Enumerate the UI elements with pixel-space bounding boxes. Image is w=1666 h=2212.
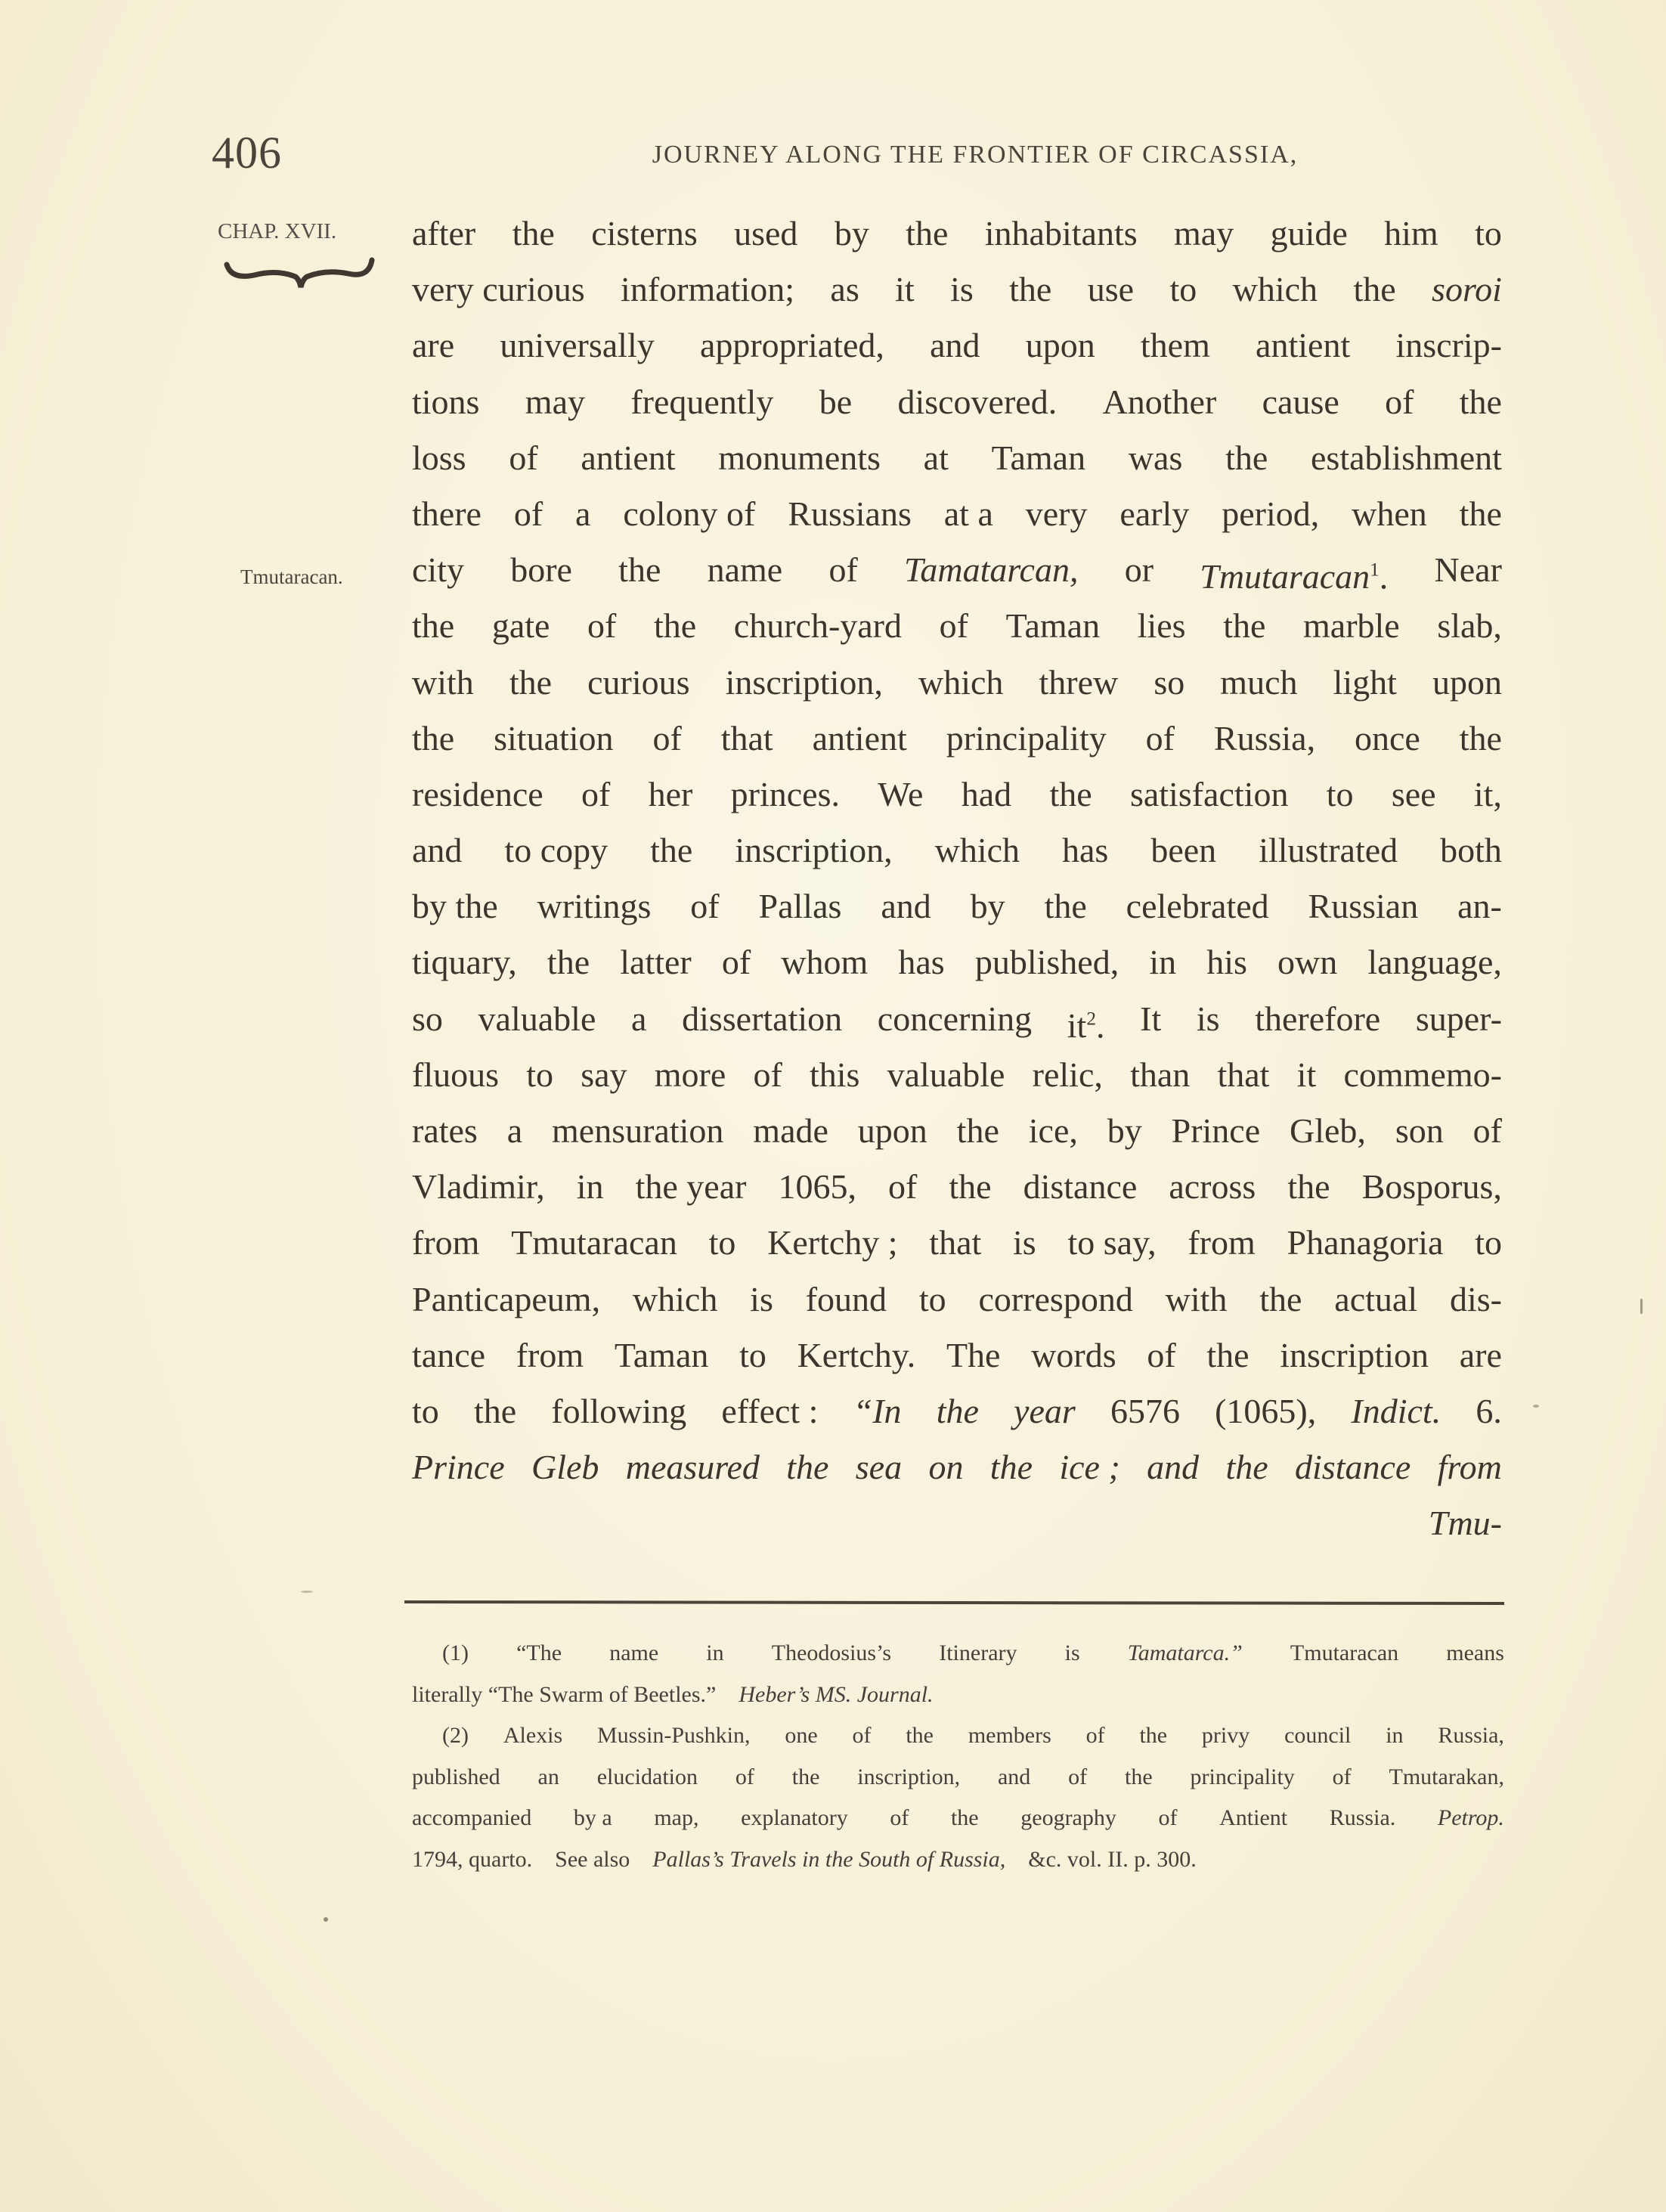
word: Vladimir, <box>412 1159 545 1215</box>
word: curious <box>587 655 689 711</box>
footnote-line: publishedanelucidationoftheinscription,a… <box>412 1757 1504 1798</box>
word: which <box>633 1272 717 1328</box>
paper-speck <box>324 1917 328 1922</box>
text-line: thereofacolony ofRussiansat averyearlype… <box>412 486 1502 542</box>
paper-speck <box>301 1591 313 1593</box>
word: Petrop. <box>1438 1798 1504 1839</box>
word: Heber’s MS. Journal. <box>739 1674 933 1716</box>
text-line: tiquary,thelatterofwhomhaspublished,inhi… <box>412 934 1502 990</box>
text-line: Vladimir,inthe year1065,ofthedistanceacr… <box>412 1159 1502 1215</box>
word: Alexis <box>503 1715 562 1757</box>
word: own <box>1277 934 1337 990</box>
word: celebrated <box>1126 878 1269 934</box>
word: be <box>819 374 852 430</box>
word: the <box>1225 1439 1268 1495</box>
word: Bosporus, <box>1362 1159 1502 1215</box>
word: upon <box>1432 655 1502 711</box>
word: princes. <box>731 767 840 823</box>
word: Kertchy ; <box>767 1215 897 1271</box>
word: and <box>998 1757 1030 1798</box>
word: church-yard <box>734 598 902 654</box>
word: use <box>1088 262 1134 318</box>
word: at a <box>944 486 993 542</box>
word: and <box>1147 1439 1199 1495</box>
word: therefore <box>1255 991 1380 1047</box>
word: the <box>906 206 948 262</box>
word: super- <box>1416 991 1502 1047</box>
word: dis- <box>1450 1272 1502 1328</box>
footnote-line: (1)“ThenameinTheodosius’sItineraryisTama… <box>412 1633 1504 1674</box>
word: name <box>609 1633 658 1674</box>
word: of <box>587 598 616 654</box>
word: is <box>1065 1633 1080 1674</box>
text-line: tothefollowingeffect :“Intheyear6576(106… <box>412 1383 1502 1439</box>
word: Itinerary <box>939 1633 1017 1674</box>
word: by <box>1107 1103 1142 1159</box>
word: 6576 <box>1110 1383 1180 1439</box>
word: 1794, quarto. <box>412 1839 532 1881</box>
word: of <box>735 1757 754 1798</box>
word: in <box>1149 934 1176 990</box>
word: &c. vol. II. p. 300. <box>1028 1839 1196 1881</box>
word: is <box>950 262 974 318</box>
word: cause <box>1262 374 1339 430</box>
word: say <box>581 1047 627 1103</box>
word: satisfaction <box>1130 767 1289 823</box>
word: Gleb, <box>1290 1103 1366 1159</box>
word: the <box>618 542 661 598</box>
word: once <box>1355 711 1420 767</box>
word: universally <box>500 318 654 373</box>
text-line: very curiousinformation;asitistheusetowh… <box>412 262 1502 318</box>
word: discovered. <box>897 374 1057 430</box>
word: is <box>1197 991 1220 1047</box>
word: that <box>721 711 773 767</box>
word: when <box>1352 486 1427 542</box>
word: has <box>898 934 944 990</box>
word: ice ; <box>1059 1439 1119 1495</box>
word: so <box>412 991 443 1047</box>
word: Taman <box>615 1328 709 1383</box>
word: Russia, <box>1438 1715 1504 1757</box>
word: appropriated, <box>700 318 884 373</box>
word: of <box>514 486 543 542</box>
word: was <box>1129 430 1183 486</box>
word: published, <box>975 934 1119 990</box>
word: found <box>806 1272 887 1328</box>
word: Indict. <box>1351 1383 1441 1439</box>
word: writings <box>537 878 652 934</box>
word: correspond <box>978 1272 1132 1328</box>
word: marble <box>1303 598 1400 654</box>
word: a <box>507 1103 522 1159</box>
word: across <box>1169 1159 1256 1215</box>
word: year <box>1014 1383 1076 1439</box>
word: map, <box>654 1798 698 1839</box>
word: fluous <box>412 1047 499 1103</box>
word: of <box>1146 711 1175 767</box>
text-line: thesituationofthatantientprincipalityofR… <box>412 711 1502 767</box>
word: the <box>1287 1159 1330 1215</box>
word: antient <box>1256 318 1350 373</box>
word: means <box>1446 1633 1504 1674</box>
word: to <box>919 1272 946 1328</box>
word: effect : <box>721 1383 818 1439</box>
word: inscription <box>1280 1328 1429 1383</box>
margin-note: Tmutaracan. <box>240 565 343 589</box>
word: had <box>962 767 1011 823</box>
text-line: by thewritingsofPallasandbythecelebrated… <box>412 878 1502 934</box>
word: Phanagoria <box>1287 1215 1444 1271</box>
word: to <box>1475 1215 1502 1271</box>
word: inscription, <box>726 655 883 711</box>
word: of <box>1147 1328 1175 1383</box>
word: is <box>750 1272 773 1328</box>
word: cisterns <box>591 206 698 262</box>
word: are <box>412 318 454 373</box>
word: the <box>1460 711 1502 767</box>
ornament-brace-icon <box>224 257 375 289</box>
word: Tamatarca.” <box>1128 1633 1243 1674</box>
word: of <box>1086 1715 1105 1757</box>
word: more <box>655 1047 726 1103</box>
word: threw <box>1039 655 1118 711</box>
word: with <box>1166 1272 1228 1328</box>
word: in <box>706 1633 723 1674</box>
word: an- <box>1457 878 1502 934</box>
text-line: andto copytheinscription,whichhasbeenill… <box>412 823 1502 878</box>
word: to say, <box>1067 1215 1156 1271</box>
word: (2) <box>442 1715 469 1757</box>
word: this <box>810 1047 859 1103</box>
word: the <box>1460 374 1502 430</box>
text-line: tionsmayfrequentlybediscovered.Anotherca… <box>412 374 1502 430</box>
word: published <box>412 1757 500 1798</box>
word: frequently <box>630 374 773 430</box>
word: 1065, <box>778 1159 856 1215</box>
word: the <box>412 598 454 654</box>
word: explanatory <box>741 1798 848 1839</box>
word: the <box>1223 598 1265 654</box>
word: following <box>551 1383 686 1439</box>
word: distance <box>1023 1159 1138 1215</box>
word: the <box>937 1383 979 1439</box>
word: actual <box>1334 1272 1417 1328</box>
word: literally “The Swarm of Beetles.” <box>412 1674 716 1716</box>
word: the <box>547 934 590 990</box>
word: at <box>924 430 949 486</box>
word: of <box>690 878 719 934</box>
body-text: afterthecisternsusedbytheinhabitantsmayg… <box>412 206 1502 1552</box>
word: name <box>708 542 783 598</box>
word: very curious <box>412 262 585 318</box>
word: it <box>895 262 915 318</box>
word: upon <box>1026 318 1095 373</box>
text-line: thegateofthechurch-yardofTamanliesthemar… <box>412 598 1502 654</box>
word: the <box>1009 262 1051 318</box>
word: the <box>1353 262 1395 318</box>
word: the <box>509 655 552 711</box>
word: lies <box>1138 598 1186 654</box>
word: the <box>951 1798 979 1839</box>
word: antient <box>581 430 675 486</box>
word: loss <box>412 430 466 486</box>
paper-speck <box>1533 1405 1539 1408</box>
word: slab, <box>1437 598 1502 654</box>
word: by a <box>574 1798 612 1839</box>
word: the <box>957 1103 999 1159</box>
word: it <box>1297 1047 1317 1103</box>
text-line: fromTmutaracantoKertchy ;thatisto say,fr… <box>412 1215 1502 1271</box>
word: it2 <box>1067 1006 1096 1045</box>
word: gate <box>492 598 550 654</box>
text-line: ratesamensurationmadeupontheice,byPrince… <box>412 1103 1502 1159</box>
word: measured <box>626 1439 760 1495</box>
word: principality <box>1191 1757 1295 1798</box>
word: ice, <box>1029 1103 1078 1159</box>
word: inscription, <box>857 1757 960 1798</box>
word: Another <box>1103 374 1217 430</box>
word: dissertation <box>682 991 842 1047</box>
word: (1) <box>442 1633 469 1674</box>
word: has <box>1062 823 1108 878</box>
word: of <box>1385 374 1414 430</box>
word: Antient <box>1219 1798 1287 1839</box>
word: privy <box>1202 1715 1249 1757</box>
word: commemo- <box>1343 1047 1502 1103</box>
word: from <box>516 1328 584 1383</box>
word: the <box>949 1159 991 1215</box>
word: the <box>474 1383 516 1439</box>
word: geography <box>1020 1798 1116 1839</box>
word: Russia, <box>1214 711 1315 767</box>
word: which <box>1233 262 1318 318</box>
word: Tmutaracan <box>511 1215 677 1271</box>
word: valuable <box>887 1047 1005 1103</box>
text-line: lossofantientmonumentsatTamanwastheestab… <box>412 430 1502 486</box>
word: relic, <box>1033 1047 1103 1103</box>
text-line: withthecuriousinscription,whichthrewsomu… <box>412 655 1502 711</box>
word: may <box>1174 206 1234 262</box>
word: the <box>512 206 555 262</box>
word: distance <box>1295 1439 1411 1495</box>
word: to <box>739 1328 766 1383</box>
word: latter <box>620 934 692 990</box>
word: See also <box>555 1839 630 1881</box>
word: the <box>990 1439 1033 1495</box>
word: of <box>853 1715 872 1757</box>
word: and <box>930 318 980 373</box>
word: it, <box>1474 767 1502 823</box>
word: bore <box>510 542 572 598</box>
word: Theodosius’s <box>772 1633 891 1674</box>
word: the <box>1125 1757 1153 1798</box>
word: the <box>1259 1272 1302 1328</box>
text-line: residenceofherprinces.Wehadthesatisfacti… <box>412 767 1502 823</box>
word: of <box>828 542 857 598</box>
word: the <box>412 711 454 767</box>
word: Tmutaracan <box>1290 1633 1398 1674</box>
chapter-label: CHAP. XVII. <box>218 219 336 244</box>
word: the <box>1225 430 1268 486</box>
footnote-ref[interactable]: 1 <box>1370 559 1380 581</box>
word: It <box>1140 991 1161 1047</box>
text-line: PrinceGlebmeasuredtheseaontheice ;andthe… <box>412 1439 1502 1495</box>
word: Tamatarcan, <box>904 542 1078 598</box>
footnote-line: 1794, quarto.See alsoPallas’s Travels in… <box>412 1839 1504 1881</box>
word: words <box>1031 1328 1116 1383</box>
word: elucidation <box>597 1757 698 1798</box>
word: tiquary, <box>412 934 517 990</box>
footnote-line: accompaniedby amap,explanatoryofthegeogr… <box>412 1798 1504 1839</box>
word: situation <box>494 711 613 767</box>
word: whom <box>781 934 868 990</box>
word: Taman <box>1006 598 1101 654</box>
word: of <box>509 430 537 486</box>
word: of <box>890 1798 909 1839</box>
word: and <box>412 823 462 878</box>
word: from <box>412 1215 479 1271</box>
word: both <box>1440 823 1502 878</box>
word: “In <box>853 1383 902 1439</box>
word: valuable <box>478 991 596 1047</box>
word: inhabitants <box>985 206 1138 262</box>
footnote-rule <box>404 1600 1504 1605</box>
word: the <box>654 598 696 654</box>
word: than <box>1130 1047 1190 1103</box>
word: Mussin-Pushkin, <box>597 1715 751 1757</box>
word: a <box>575 486 590 542</box>
word: antient <box>813 711 907 767</box>
text-line: fluoustosaymoreofthisvaluablerelic,thant… <box>412 1047 1502 1103</box>
word: the <box>792 1757 820 1798</box>
word: guide <box>1271 206 1348 262</box>
text-line: areuniversallyappropriated,andupontheman… <box>412 318 1502 373</box>
word: Gleb <box>531 1439 599 1495</box>
word: the <box>906 1715 934 1757</box>
word: Kertchy. <box>797 1328 916 1383</box>
word: period, <box>1222 486 1319 542</box>
word: to <box>1475 206 1502 262</box>
footnote-ref[interactable]: 2 <box>1086 1008 1096 1030</box>
word: or <box>1125 542 1154 598</box>
word: is <box>1013 1215 1036 1271</box>
text-line: Panticapeum,whichisfoundtocorrespondwith… <box>412 1272 1502 1328</box>
running-head: JOURNEY ALONG THE FRONTIER OF CIRCASSIA, <box>529 141 1421 169</box>
word: tions <box>412 374 479 430</box>
word: on <box>928 1439 963 1495</box>
word: so <box>1154 655 1184 711</box>
word: The <box>946 1328 1001 1383</box>
word: by the <box>412 878 498 934</box>
footnote-line: (2)AlexisMussin-Pushkin,oneofthememberso… <box>412 1715 1504 1757</box>
word: to <box>1169 262 1197 318</box>
word: very <box>1026 486 1088 542</box>
catchword: Tmu- <box>412 1495 1502 1551</box>
footnotes: (1)“ThenameinTheodosius’sItineraryisTama… <box>412 1633 1504 1880</box>
word: the <box>650 823 692 878</box>
word: tance <box>412 1328 485 1383</box>
word: Prince <box>1172 1103 1261 1159</box>
word: are <box>1460 1328 1502 1383</box>
word: establishment <box>1311 430 1502 486</box>
word: in <box>1386 1715 1403 1757</box>
word: accompanied <box>412 1798 531 1839</box>
word: and <box>881 878 931 934</box>
word: of <box>753 1047 782 1103</box>
word: him <box>1384 206 1438 262</box>
word: by <box>971 878 1005 934</box>
word: it2. <box>1067 991 1105 1047</box>
word: see <box>1392 767 1436 823</box>
word: “The <box>516 1633 562 1674</box>
word: members <box>968 1715 1051 1757</box>
word: much <box>1220 655 1297 711</box>
word: light <box>1333 655 1397 711</box>
word: Taman <box>992 430 1086 486</box>
word: the <box>1460 486 1502 542</box>
word: rates <box>412 1103 478 1159</box>
word: the year <box>636 1159 747 1215</box>
paper-speck <box>1640 1299 1643 1314</box>
text-line: cityborethenameofTamatarcan,orTmutaracan… <box>412 542 1502 598</box>
word: Pallas’s Travels in the South of Russia, <box>652 1839 1005 1881</box>
word: principality <box>946 711 1107 767</box>
word: early <box>1119 486 1189 542</box>
word: information; <box>621 262 794 318</box>
word: city <box>412 542 464 598</box>
word: may <box>525 374 585 430</box>
word: his <box>1206 934 1247 990</box>
word: 6. <box>1476 1383 1502 1439</box>
word: Russian <box>1308 878 1419 934</box>
word: an <box>538 1757 559 1798</box>
word: them <box>1141 318 1210 373</box>
word: been <box>1150 823 1216 878</box>
word: council <box>1284 1715 1351 1757</box>
word: Tmutaracan1. <box>1200 542 1388 598</box>
text-line: tancefromTamantoKertchy.Thewordsoftheins… <box>412 1328 1502 1383</box>
word: of <box>1473 1103 1502 1159</box>
word: concerning <box>878 991 1032 1047</box>
word: Prince <box>412 1439 505 1495</box>
footnote-line: literally “The Swarm of Beetles.”Heber’s… <box>412 1674 1504 1716</box>
word: a <box>631 991 646 1047</box>
word: of <box>581 767 610 823</box>
word: residence <box>412 767 543 823</box>
text-line: sovaluableadissertationconcerningit2.Iti… <box>412 991 1502 1047</box>
word: mensuration <box>552 1103 723 1159</box>
text-line: afterthecisternsusedbytheinhabitantsmayg… <box>412 206 1502 262</box>
word: upon <box>858 1103 927 1159</box>
word: Panticapeum, <box>412 1272 600 1328</box>
word: there <box>412 486 482 542</box>
word: Tmutaracan1 <box>1200 557 1380 596</box>
word: to copy <box>504 823 608 878</box>
word: after <box>412 206 475 262</box>
word: sea <box>856 1439 902 1495</box>
word: inscription, <box>735 823 892 878</box>
word: We <box>878 767 923 823</box>
word: language, <box>1367 934 1502 990</box>
word: to <box>412 1383 439 1439</box>
word: son <box>1395 1103 1444 1159</box>
word: of <box>652 711 681 767</box>
word: soroi <box>1432 262 1502 318</box>
word: (1065), <box>1215 1383 1316 1439</box>
word: monuments <box>718 430 881 486</box>
word: colony of <box>623 486 755 542</box>
